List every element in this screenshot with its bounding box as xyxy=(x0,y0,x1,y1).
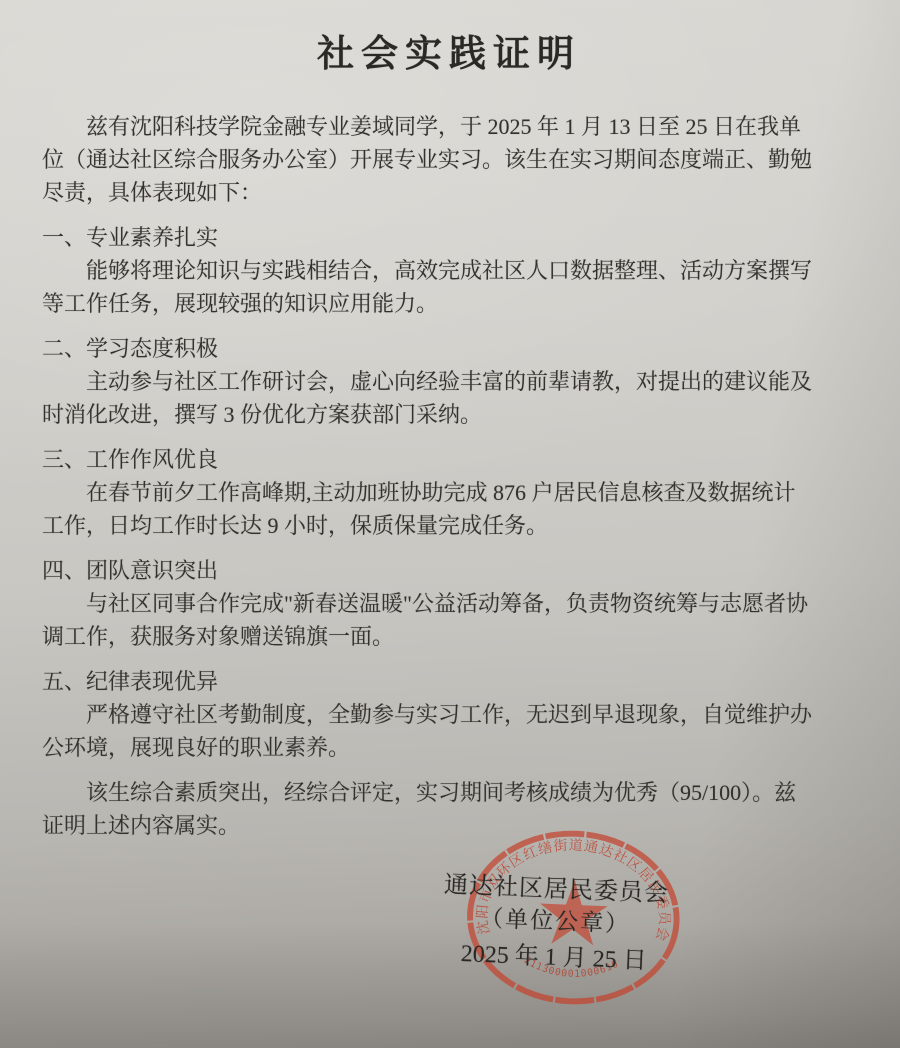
section-4-heading: 四、团队意识突出 xyxy=(42,554,856,587)
section-5-body: 严格遵守社区考勤制度，全勤参与实习工作，无迟到早退现象，自觉维护办 公环境，展现… xyxy=(42,698,856,764)
section-4-body: 与社区同事合作完成"新春送温暖"公益活动筹备，负责物资统筹与志愿者协 调工作，获… xyxy=(42,587,856,653)
document-photo: 社会实践证明 兹有沈阳科技学院金融专业姜域同学，于 2025 年 1 月 13 … xyxy=(0,0,900,1048)
section-1-body: 能够将理论知识与实践相结合，高效完成社区人口数据整理、活动方案撰写 等工作任务，… xyxy=(42,254,856,320)
section-4: 四、团队意识突出 与社区同事合作完成"新春送温暖"公益活动筹备，负责物资统筹与志… xyxy=(42,554,856,653)
section-3: 三、工作作风优良 在春节前夕工作高峰期,主动加班协助完成 876 户居民信息核查… xyxy=(42,443,856,542)
section-5: 五、纪律表现优异 严格遵守社区考勤制度，全勤参与实习工作，无迟到早退现象，自觉维… xyxy=(42,665,856,764)
section-1: 一、专业素养扎实 能够将理论知识与实践相结合，高效完成社区人口数据整理、活动方案… xyxy=(42,221,856,320)
section-3-heading: 三、工作作风优良 xyxy=(42,443,856,476)
section-1-heading: 一、专业素养扎实 xyxy=(42,221,856,254)
seal-area: 沈阳市双环区红缮街道通达社区居民委员会 211300001000610 通达社区… xyxy=(425,800,744,1048)
intro-paragraph: 兹有沈阳科技学院金融专业姜域同学，于 2025 年 1 月 13 日至 25 日… xyxy=(42,110,856,209)
section-3-body: 在春节前夕工作高峰期,主动加班协助完成 876 户居民信息核查及数据统计 工作，… xyxy=(42,476,856,542)
certificate: 社会实践证明 兹有沈阳科技学院金融专业姜域同学，于 2025 年 1 月 13 … xyxy=(0,0,900,842)
document-title: 社会实践证明 xyxy=(42,30,856,80)
section-2-body: 主动参与社区工作研讨会，虚心向经验丰富的前辈请教，对提出的建议能及 时消化改进，… xyxy=(42,365,856,431)
section-2: 二、学习态度积极 主动参与社区工作研讨会，虚心向经验丰富的前辈请教，对提出的建议… xyxy=(42,332,856,431)
section-2-heading: 二、学习态度积极 xyxy=(42,332,856,365)
section-5-heading: 五、纪律表现优异 xyxy=(42,665,856,698)
